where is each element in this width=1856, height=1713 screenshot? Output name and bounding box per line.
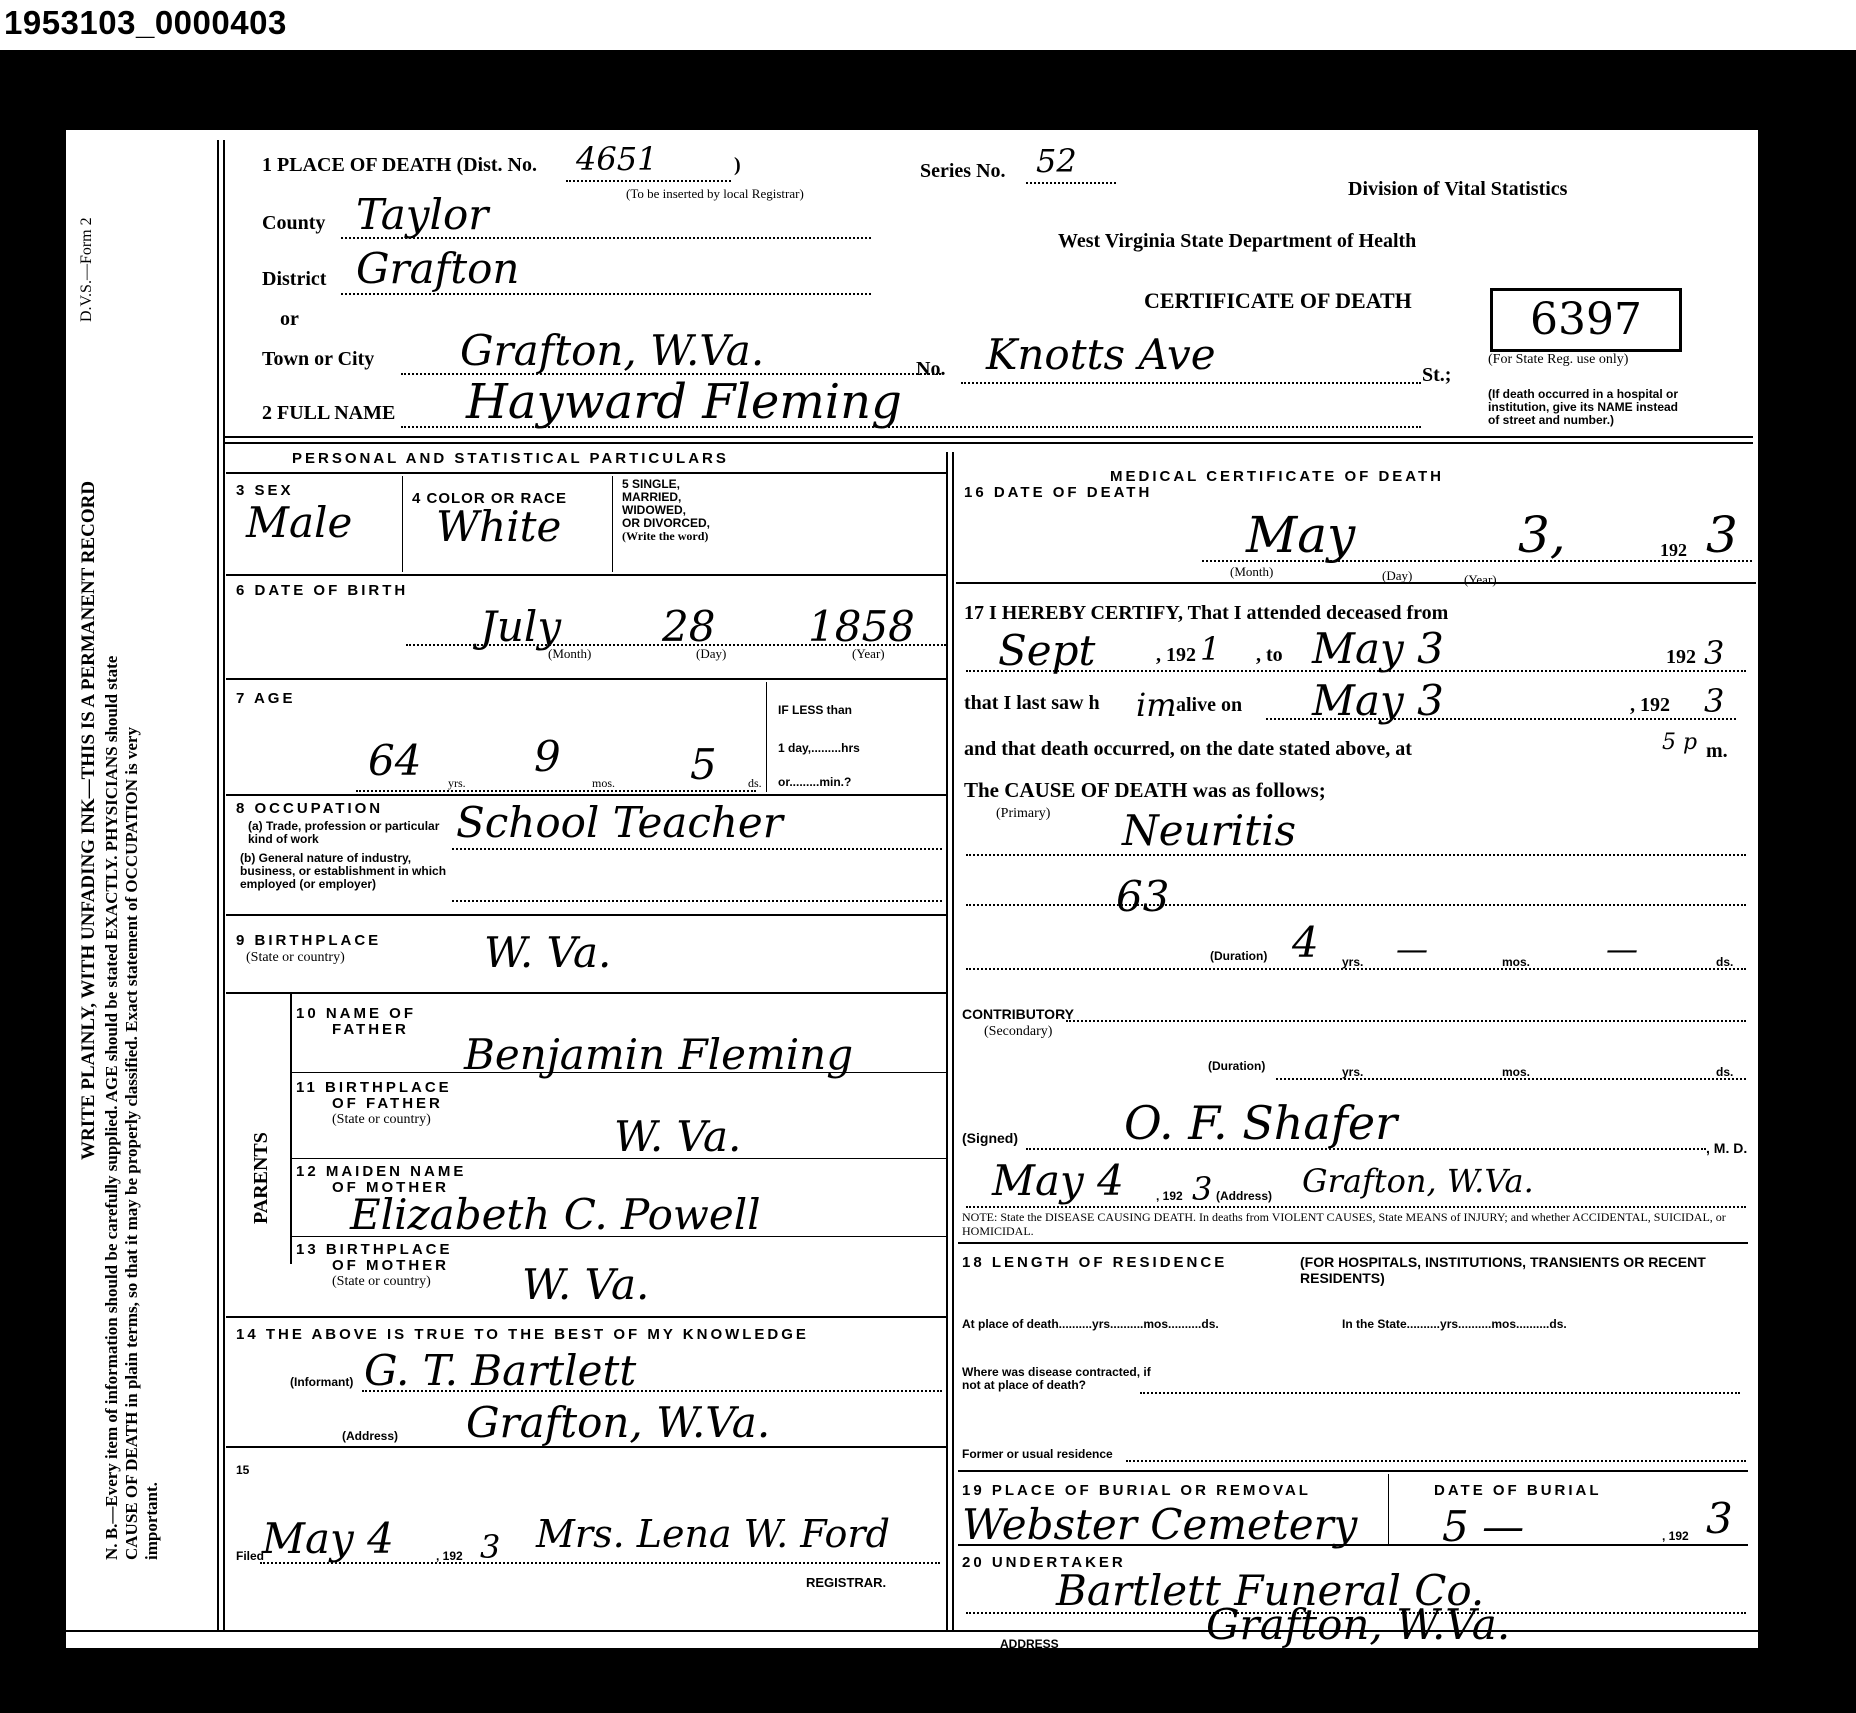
dist-close-paren: ) — [734, 154, 741, 177]
age-line — [356, 790, 756, 792]
signed-line — [1026, 1148, 1706, 1150]
residence-rule — [958, 1470, 1748, 1472]
certificate-number-note: (For State Reg. use only) — [1488, 352, 1628, 368]
father-name-label: 10 NAME OF FATHER — [296, 1006, 416, 1038]
last-saw-pronoun[interactable]: im — [1136, 686, 1177, 724]
street-value[interactable]: Knotts Ave — [986, 330, 1216, 379]
duration-days[interactable]: — — [1606, 930, 1638, 968]
informant-statement: 14 THE ABOVE IS TRUE TO THE BEST OF MY K… — [236, 1326, 809, 1343]
dob-year-caption: (Year) — [852, 646, 885, 662]
age-divider — [766, 682, 767, 792]
dist-note: (To be inserted by local Registrar) — [626, 186, 804, 202]
note-text: NOTE: State the DISEASE CAUSING DEATH. I… — [962, 1210, 1742, 1238]
dod-label: 16 DATE OF DEATH — [964, 484, 1152, 501]
occupation-line-b — [452, 900, 942, 902]
residence-in-state: In the State..........yrs..........mos..… — [1342, 1318, 1567, 1331]
race-divider — [612, 476, 613, 572]
personal-rule — [226, 472, 946, 474]
row-rule-9 — [292, 1158, 946, 1159]
series-label: Series No. — [920, 160, 1006, 183]
margin-instruction-main: WRITE PLAINLY, WITH UNFADING INK—THIS IS… — [78, 481, 100, 1160]
division-title: Division of Vital Statistics — [1348, 178, 1567, 201]
sex-divider — [402, 476, 403, 572]
md-label: , M. D. — [1706, 1142, 1747, 1155]
attended-to-label: , to — [1256, 644, 1283, 667]
last-saw-line — [1266, 718, 1736, 720]
one-day-label: 1 day,.........hrs — [778, 742, 860, 755]
signed-year[interactable]: 3 — [1192, 1170, 1212, 1208]
physician-address-label: (Address) — [1216, 1190, 1272, 1203]
medical-rule-1 — [956, 582, 1756, 584]
mother-name-value[interactable]: Elizabeth C. Powell — [350, 1190, 761, 1239]
row-rule-8 — [292, 1072, 946, 1073]
parents-divider — [290, 994, 292, 1264]
occupation-label: 8 OCCUPATION — [236, 800, 383, 817]
mother-bp-value[interactable]: W. Va. — [522, 1260, 649, 1309]
duration-label: (Duration) — [1210, 950, 1267, 963]
frame-left-1 — [217, 140, 219, 1630]
physician-signature[interactable]: O. F. Shafer — [1124, 1096, 1397, 1150]
personal-section-title: PERSONAL AND STATISTICAL PARTICULARS — [292, 450, 729, 467]
age-mos-unit: mos. — [592, 776, 615, 791]
burial-year-prefix: , 192 — [1662, 1530, 1689, 1543]
if-less-label: IF LESS than — [778, 704, 852, 717]
informant-address-label: (Address) — [342, 1430, 398, 1443]
father-bp-label-l2: OF FATHER — [296, 1096, 452, 1112]
note-rule — [958, 1242, 1748, 1244]
signed-date[interactable]: May 4 — [992, 1156, 1124, 1205]
certify-statement: 17 I HEREBY CERTIFY, That I attended dec… — [964, 602, 1448, 625]
or-label: or — [280, 308, 299, 331]
dod-line — [1202, 560, 1752, 562]
burial-date-label: DATE OF BURIAL — [1434, 1482, 1602, 1499]
attended-line — [966, 670, 1746, 672]
birthplace-label: 9 BIRTHPLACE — [236, 932, 381, 949]
place-of-death-label: 1 PLACE OF DEATH (Dist. No. — [262, 154, 537, 177]
dod-day[interactable]: 3, — [1518, 506, 1566, 564]
series-no-value[interactable]: 52 — [1036, 142, 1077, 180]
dob-label: 6 DATE OF BIRTH — [236, 582, 408, 599]
street-suffix: St.; — [1422, 364, 1451, 387]
bottom-rule — [66, 1630, 1758, 1632]
contributory-line — [1066, 1020, 1746, 1022]
occupation-a-label: (a) Trade, profession or particular kind… — [248, 820, 448, 846]
marital-label: 5 SINGLE, MARRIED, WIDOWED, OR DIVORCED,… — [622, 478, 710, 543]
secondary-duration-label: (Duration) — [1208, 1060, 1265, 1073]
former-residence-line — [1126, 1460, 1746, 1462]
mother-name-label-l1: 12 MAIDEN NAME — [296, 1164, 466, 1180]
column-divider-1 — [946, 452, 948, 1630]
attended-from-year-prefix: , 192 — [1156, 644, 1196, 667]
age-ds-unit: ds. — [748, 776, 762, 791]
occupation-line-a — [452, 848, 942, 850]
residence-sub: (FOR HOSPITALS, INSTITUTIONS, TRANSIENTS… — [1300, 1254, 1740, 1286]
sex-value[interactable]: Male — [246, 498, 352, 547]
age-yrs-unit: yrs. — [448, 776, 466, 791]
mother-bp-label: 13 BIRTHPLACE OF MOTHER (State or countr… — [296, 1242, 453, 1290]
informant-address-value[interactable]: Grafton, W.Va. — [466, 1398, 770, 1447]
filed-date[interactable]: May 4 — [262, 1514, 394, 1563]
dod-month[interactable]: May — [1246, 506, 1355, 564]
birthplace-caption: (State or country) — [246, 950, 345, 966]
margin-note-line2: CAUSE OF DEATH in plain terms, so that i… — [122, 727, 142, 1560]
informant-label: (Informant) — [290, 1376, 353, 1389]
secondary-duration-line — [1276, 1078, 1746, 1080]
primary-cause[interactable]: Neuritis — [1122, 806, 1296, 855]
series-line — [1026, 182, 1116, 184]
street-line — [961, 382, 1421, 384]
attended-from-year[interactable]: 1 — [1200, 630, 1220, 668]
district-label: District — [262, 268, 326, 291]
or-min-label: or.........min.? — [778, 776, 851, 789]
duration-months[interactable]: — — [1396, 930, 1428, 968]
undertaker-address-label: ADDRESS — [1000, 1638, 1059, 1651]
full-name-value[interactable]: Hayward Fleming — [466, 374, 902, 430]
row-rule-11 — [226, 1316, 946, 1318]
attended-to-year[interactable]: 3 — [1704, 634, 1724, 672]
age-years[interactable]: 64 — [368, 736, 421, 785]
signed-year-prefix: , 192 — [1156, 1190, 1183, 1203]
parents-label: PARENTS — [250, 1132, 273, 1224]
registrar-name[interactable]: Mrs. Lena W. Ford — [536, 1512, 890, 1556]
filed-year[interactable]: 3 — [480, 1528, 500, 1566]
undertaker-address-value[interactable]: Grafton, W.Va. — [1206, 1600, 1510, 1649]
secondary-label: (Secondary) — [984, 1024, 1052, 1040]
death-time-suffix: m. — [1706, 740, 1728, 763]
row-rule-4 — [226, 678, 946, 680]
dod-year-caption: (Year) — [1464, 572, 1497, 588]
age-months[interactable]: 9 — [534, 732, 561, 781]
attended-to-year-prefix: 192 — [1666, 646, 1696, 669]
duration-line — [966, 968, 1746, 970]
street-no-label: No. — [916, 358, 945, 381]
mother-bp-caption: (State or country) — [296, 1274, 453, 1290]
signed-label: (Signed) — [962, 1132, 1018, 1145]
dob-day-caption: (Day) — [696, 646, 726, 662]
former-residence-label: Former or usual residence — [962, 1448, 1113, 1461]
death-occurred-label: and that death occurred, on the date sta… — [964, 738, 1412, 761]
father-bp-label: 11 BIRTHPLACE OF FATHER (State or countr… — [296, 1080, 452, 1128]
burial-place-label: 19 PLACE OF BURIAL OR REMOVAL — [962, 1482, 1311, 1499]
town-label: Town or City — [262, 348, 374, 371]
margin-note-line1: N. B.—Every item of information should b… — [102, 656, 122, 1560]
last-saw-year[interactable]: 3 — [1704, 682, 1724, 720]
dod-year-prefix: 192 — [1660, 540, 1687, 561]
age-label: 7 AGE — [236, 690, 295, 707]
filed-line — [260, 1562, 940, 1564]
last-saw-label: that I last saw h — [964, 692, 1100, 715]
department-title: West Virginia State Department of Health — [1058, 230, 1416, 253]
residence-at-place: At place of death..........yrs..........… — [962, 1318, 1219, 1331]
certificate-number: 6397 — [1490, 288, 1682, 352]
row-rule-10 — [292, 1236, 946, 1237]
row-rule-6 — [226, 914, 946, 916]
where-contracted: Where was disease contracted, if not at … — [962, 1366, 1162, 1392]
sex-label: 3 SEX — [236, 482, 294, 499]
form-id: D.V.S.—Form 2 — [78, 217, 96, 322]
dod-month-caption: (Month) — [1230, 564, 1273, 580]
district-value[interactable]: Grafton — [356, 244, 519, 293]
dod-year[interactable]: 3 — [1706, 506, 1738, 564]
rule-under-name — [223, 436, 1753, 438]
dist-no-line — [566, 180, 731, 182]
full-name-line — [401, 426, 1421, 428]
cause-heading: The CAUSE OF DEATH was as follows; — [964, 778, 1326, 803]
where-contracted-line — [1140, 1392, 1740, 1394]
row-rule-12 — [226, 1446, 946, 1448]
rule-under-name-2 — [223, 442, 1753, 444]
age-days[interactable]: 5 — [690, 740, 717, 789]
dist-no-value[interactable]: 4651 — [576, 140, 657, 178]
medical-section-title: MEDICAL CERTIFICATE OF DEATH — [1110, 468, 1444, 485]
district-line — [341, 293, 871, 295]
mother-bp-label-l1: 13 BIRTHPLACE — [296, 1242, 453, 1258]
residence-label: 18 LENGTH OF RESIDENCE — [962, 1254, 1227, 1271]
attended-from[interactable]: Sept — [998, 626, 1095, 675]
hospital-note: (If death occurred in a hospital or inst… — [1488, 388, 1688, 427]
primary-label: (Primary) — [996, 806, 1050, 822]
occupation-b-label: (b) General nature of industry, business… — [240, 852, 450, 891]
town-value[interactable]: Grafton, W.Va. — [460, 326, 764, 375]
county-label: County — [262, 212, 325, 235]
cause-line-1 — [966, 854, 1746, 856]
last-saw-year-prefix: , 192 — [1630, 694, 1670, 717]
county-value[interactable]: Taylor — [356, 190, 488, 239]
attended-to[interactable]: May 3 — [1312, 624, 1444, 673]
burial-divider — [1388, 1474, 1389, 1546]
margin-note-line3: important. — [142, 1482, 162, 1560]
death-certificate: WRITE PLAINLY, WITH UNFADING INK—THIS IS… — [66, 130, 1758, 1648]
row-rule-5 — [226, 794, 946, 796]
burial-place-value[interactable]: Webster Cemetery — [962, 1500, 1357, 1549]
informant-line — [362, 1390, 942, 1392]
filed-number: 15 — [236, 1464, 249, 1477]
column-divider-2 — [952, 452, 954, 1630]
signed-date-line — [966, 1206, 1746, 1208]
certificate-title: CERTIFICATE OF DEATH — [1144, 288, 1412, 314]
physician-address[interactable]: Grafton, W.Va. — [1302, 1162, 1534, 1200]
row-rule-7 — [226, 992, 946, 994]
father-bp-label-l1: 11 BIRTHPLACE — [296, 1080, 452, 1096]
row-rule-3 — [226, 574, 946, 576]
birthplace-value[interactable]: W. Va. — [484, 928, 611, 977]
full-name-label: 2 FULL NAME — [262, 402, 395, 425]
burial-rule — [958, 1544, 1748, 1546]
contributory-label: CONTRIBUTORY — [962, 1008, 1074, 1021]
marital-instruction: (Write the word) — [622, 530, 710, 543]
duration-years[interactable]: 4 — [1292, 918, 1319, 967]
informant-value[interactable]: G. T. Bartlett — [364, 1346, 636, 1395]
father-name-label-l1: 10 NAME OF — [296, 1006, 416, 1022]
image-id-bar: 1953103_0000403 — [0, 0, 1856, 50]
last-saw-alive-label: alive on — [1176, 694, 1242, 717]
father-name-label-l2: FATHER — [296, 1022, 416, 1038]
county-line — [341, 237, 871, 239]
frame-left-2 — [223, 140, 225, 1630]
occupation-value[interactable]: School Teacher — [456, 798, 783, 847]
burial-year-value[interactable]: 3 — [1706, 1494, 1733, 1543]
cause-line-2 — [966, 904, 1746, 906]
mother-bp-label-l2: OF MOTHER — [296, 1258, 453, 1274]
dob-month-caption: (Month) — [548, 646, 591, 662]
registrar-label: REGISTRAR. — [806, 1576, 886, 1589]
cause-code[interactable]: 63 — [1116, 872, 1169, 921]
father-bp-value[interactable]: W. Va. — [614, 1112, 741, 1161]
race-value[interactable]: White — [436, 502, 561, 551]
death-time[interactable]: 5 p — [1662, 730, 1697, 755]
father-bp-caption: (State or country) — [296, 1112, 452, 1128]
image-id-label: 1953103_0000403 — [4, 4, 287, 42]
